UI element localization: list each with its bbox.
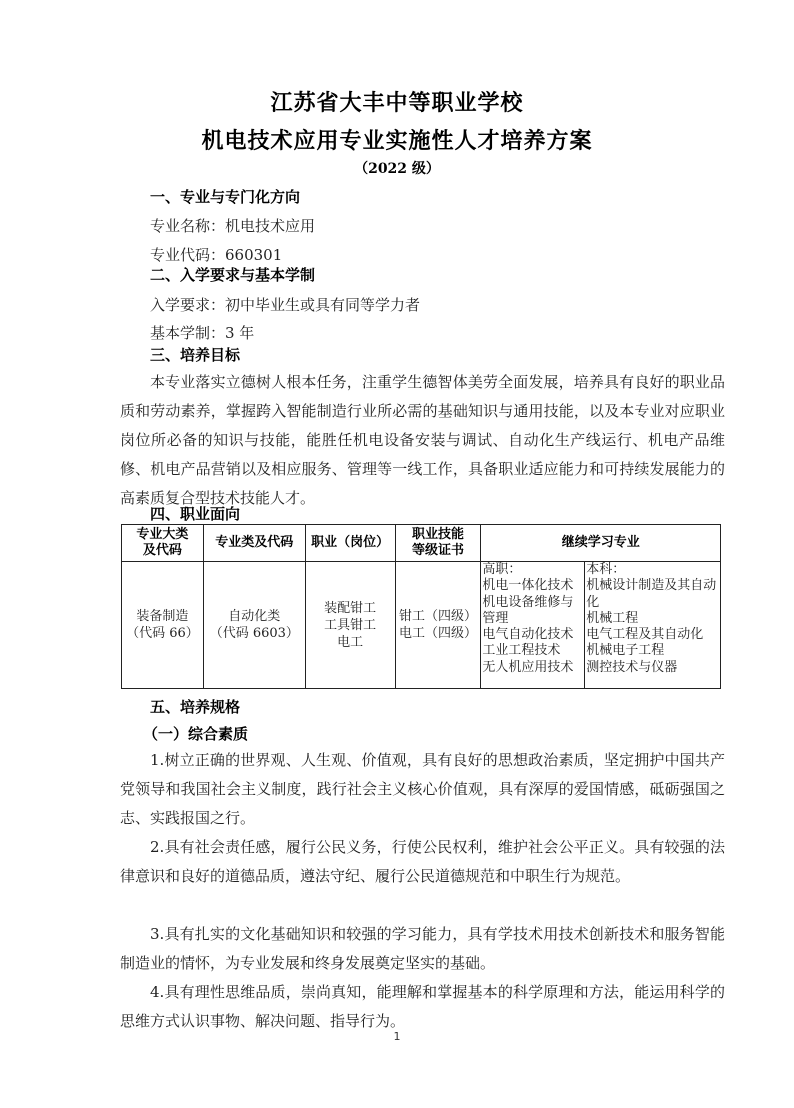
cell-line: 工具钳工: [306, 617, 395, 634]
cell-jobs: 装配钳工 工具钳工 电工: [305, 562, 395, 689]
header-jobs: 职业（岗位）: [305, 525, 395, 562]
study-duration: 基本学制：3 年: [150, 322, 254, 343]
cell-line: 电气工程及其自动化: [586, 627, 720, 643]
cell-line: 电工（四级）: [396, 625, 481, 642]
cell-line: 机械设计制造及其自动化: [586, 578, 720, 611]
cell-line: 本科：: [586, 562, 720, 578]
training-objective-paragraph: 本专业落实立德树人根本任务，注重学生德智体美劳全面发展，培养具有良好的职业品质和…: [120, 368, 725, 513]
page-number: 1: [0, 1030, 794, 1043]
subsection-1-heading: （一）综合素质: [143, 723, 248, 744]
header-category: 专业大类 及代码: [122, 525, 204, 562]
section-2-heading: 二、入学要求与基本学制: [150, 264, 315, 285]
cell-subcategory: 自动化类 （代码 6603）: [203, 562, 305, 689]
cell-line: 装配钳工: [306, 600, 395, 617]
cell-line: （代码 66）: [122, 625, 203, 642]
header-subcategory: 专业类及代码: [203, 525, 305, 562]
cell-line: 电工: [306, 634, 395, 651]
header-further-study: 继续学习专业: [481, 525, 721, 562]
cell-line: 机械电子工程: [586, 643, 720, 659]
cell-line: 自动化类: [204, 608, 305, 625]
document-page: 江苏省大丰中等职业学校 机电技术应用专业实施性人才培养方案 （2022 级） 一…: [0, 0, 794, 1108]
quality-item-1: 1.树立正确的世界观、人生观、价值观，具有良好的思想政治素质，坚定拥护中国共产党…: [120, 746, 725, 833]
header-certificates: 职业技能 等级证书: [395, 525, 481, 562]
cell-line: 电气自动化技术: [482, 627, 584, 643]
section-4-heading: 四、职业面向: [150, 503, 240, 524]
cell-line: （代码 6603）: [204, 625, 305, 642]
cell-line: 工业工程技术: [482, 643, 584, 659]
major-code: 专业代码：660301: [150, 244, 282, 265]
header-line: 及代码: [122, 543, 203, 559]
header-line: 等级证书: [396, 543, 481, 559]
quality-item-3: 3.具有扎实的文化基础知识和较强的学习能力，具有学技术用技术创新技术和服务智能制…: [120, 920, 725, 978]
career-orientation-table: 专业大类 及代码 专业类及代码 职业（岗位） 职业技能 等级证书 继续学习专业 …: [121, 524, 721, 689]
cell-undergraduate: 本科： 机械设计制造及其自动化 机械工程 电气工程及其自动化 机械电子工程 测控…: [585, 562, 721, 689]
cell-line: 机电设备维修与管理: [482, 595, 584, 628]
cell-line: 钳工（四级）: [396, 608, 481, 625]
header-line: 专业大类: [122, 527, 203, 543]
quality-item-2: 2.具有社会责任感，履行公民义务，行使公民权利，维护社会公平正义。具有较强的法律…: [120, 833, 725, 891]
cell-line: 测控技术与仪器: [586, 660, 720, 676]
section-3-heading: 三、培养目标: [150, 344, 240, 365]
entry-requirement: 入学要求：初中毕业生或具有同等学力者: [150, 294, 420, 315]
document-title: 机电技术应用专业实施性人才培养方案: [0, 124, 794, 155]
header-line: 职业技能: [396, 527, 481, 543]
section-5-heading: 五、培养规格: [150, 696, 240, 717]
cell-higher-vocational: 高职： 机电一体化技术 机电设备维修与管理 电气自动化技术 工业工程技术 无人机…: [481, 562, 585, 689]
cell-line: 机械工程: [586, 611, 720, 627]
quality-item-4: 4.具有理性思维品质，崇尚真知，能理解和掌握基本的科学原理和方法，能运用科学的思…: [120, 978, 725, 1036]
school-name: 江苏省大丰中等职业学校: [0, 86, 794, 117]
section-1-heading: 一、专业与专门化方向: [150, 186, 300, 207]
grade-label: （2022 级）: [0, 158, 794, 178]
major-name: 专业名称：机电技术应用: [150, 215, 315, 236]
cell-line: 高职：: [482, 562, 584, 578]
cell-category: 装备制造 （代码 66）: [122, 562, 204, 689]
cell-line: 装备制造: [122, 608, 203, 625]
cell-line: 机电一体化技术: [482, 578, 584, 594]
cell-line: 无人机应用技术: [482, 660, 584, 676]
table-row: 装备制造 （代码 66） 自动化类 （代码 6603） 装配钳工 工具钳工 电工…: [122, 562, 721, 689]
table-header-row: 专业大类 及代码 专业类及代码 职业（岗位） 职业技能 等级证书 继续学习专业: [122, 525, 721, 562]
cell-certificates: 钳工（四级） 电工（四级）: [395, 562, 481, 689]
